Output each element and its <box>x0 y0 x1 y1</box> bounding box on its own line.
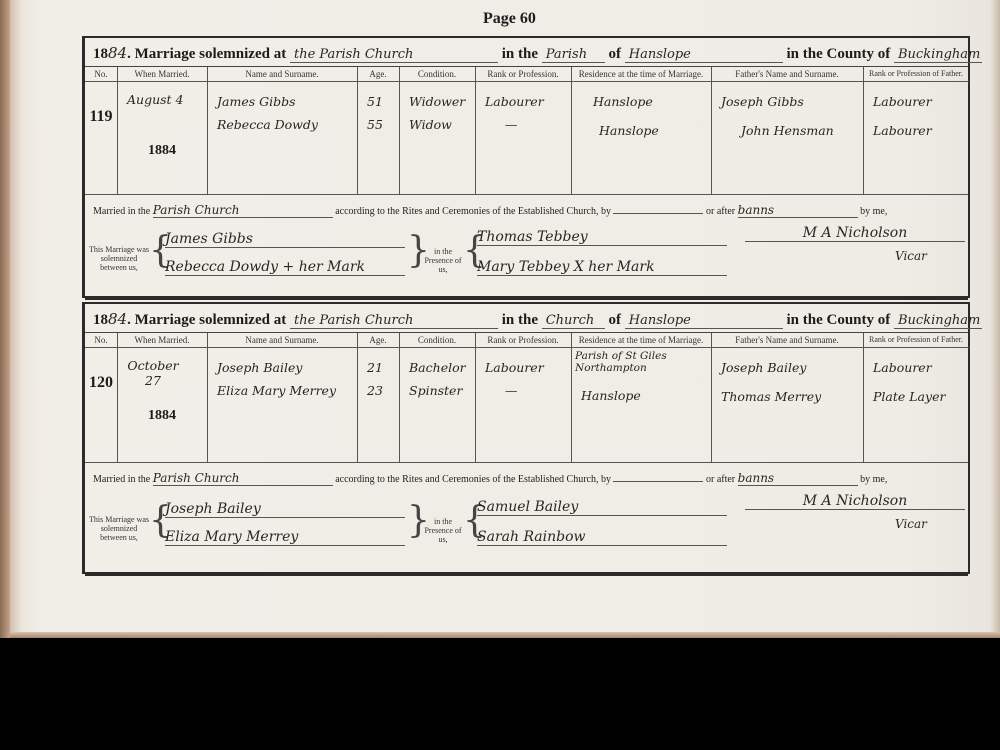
bride-father-rank: Labourer <box>863 123 969 138</box>
col-when: When Married.October 271884 <box>117 333 208 463</box>
groom-age: 21 <box>357 360 399 375</box>
bride-signature: Rebecca Dowdy + her Mark <box>165 259 405 276</box>
groom-signature: James Gibbs <box>165 231 405 248</box>
groom-father: Joseph Gibbs <box>711 94 863 109</box>
col-name: Name and Surname.Joseph BaileyEliza Mary… <box>207 333 358 463</box>
bride-name: Eliza Mary Merrey <box>207 383 357 398</box>
groom-name: James Gibbs <box>207 94 357 109</box>
groom-father: Joseph Bailey <box>711 360 863 375</box>
col-residence: Residence at the time of Marriage.Parish… <box>571 333 712 463</box>
place-value: the Parish Church <box>290 313 498 329</box>
bride-name: Rebecca Dowdy <box>207 117 357 132</box>
col-header: Residence at the time of Marriage. <box>571 333 711 348</box>
entry-header: 1884. Marriage solemnized at the Parish … <box>93 310 982 329</box>
groom-age: 51 <box>357 94 399 109</box>
col-header: Father's Name and Surname. <box>711 67 863 82</box>
groom-name: Joseph Bailey <box>207 360 357 375</box>
entry-table: No.120 When Married.October 271884 Name … <box>85 332 968 463</box>
marriage-entry-119: 1884. Marriage solemnized at the Parish … <box>82 36 970 298</box>
after-value: banns <box>738 203 858 218</box>
groom-rank: Labourer <box>475 360 571 375</box>
entry-border <box>85 573 968 576</box>
groom-father-rank: Labourer <box>863 360 969 375</box>
bride-condition: Spinster <box>399 383 475 398</box>
label-or-after: or after <box>706 206 735 217</box>
county-value: Buckingham <box>894 47 982 63</box>
col-no: No.120 <box>85 333 118 463</box>
label-county: in the County of <box>786 312 890 328</box>
year-prefix: 18 <box>93 46 108 62</box>
col-no: No.119 <box>85 67 118 195</box>
district-value: Hanslope <box>625 47 783 63</box>
district-type-value: Parish <box>542 47 605 63</box>
by-value <box>613 481 703 482</box>
col-father-rank: Rank or Profession of Father.LabourerLab… <box>863 67 969 195</box>
groom-father-rank: Labourer <box>863 94 969 109</box>
col-header: Name and Surname. <box>207 333 357 348</box>
label-in-the: in the <box>502 46 538 62</box>
label-according: according to the Rites and Ceremonies of… <box>335 206 611 217</box>
groom-condition: Widower <box>399 94 475 109</box>
year-value: 1884 <box>117 408 207 424</box>
label-of: of <box>608 46 621 62</box>
col-rank: Rank or Profession.Labourer— <box>475 333 572 463</box>
bride-father: John Hensman <box>711 123 863 138</box>
label-by-me: by me, <box>860 206 887 217</box>
groom-rank: Labourer <box>475 94 571 109</box>
witness-2: Mary Tebbey X her Mark <box>477 259 727 276</box>
district-type-value: Church <box>542 313 605 329</box>
after-value: banns <box>738 471 858 486</box>
label-solemnized: Marriage solemnized at <box>135 312 287 328</box>
col-condition: Condition.WidowerWidow <box>399 67 476 195</box>
label-solemnized: Marriage solemnized at <box>135 46 287 62</box>
label-married-in: Married in the <box>93 474 150 485</box>
label-according: according to the Rites and Ceremonies of… <box>335 474 611 485</box>
groom-signature: Joseph Bailey <box>165 501 405 518</box>
col-header: Rank or Profession of Father. <box>863 67 969 82</box>
bride-residence: Hanslope <box>571 388 711 403</box>
label-or-after: or after <box>706 474 735 485</box>
bride-father: Thomas Merrey <box>711 389 863 404</box>
col-header: Condition. <box>399 67 475 82</box>
col-condition: Condition.BachelorSpinster <box>399 333 476 463</box>
col-rank: Rank or Profession.Labourer— <box>475 67 572 195</box>
married-in-value: Parish Church <box>153 203 333 218</box>
label-this-marriage: This Marriage was solemnized between us, <box>87 245 151 272</box>
officiant-signature: M A Nicholson <box>745 493 965 510</box>
col-father: Father's Name and Surname.Joseph BaileyT… <box>711 333 864 463</box>
groom-condition: Bachelor <box>399 360 475 375</box>
bride-residence: Hanslope <box>571 123 711 138</box>
entry-number: 119 <box>85 108 117 126</box>
col-header: Condition. <box>399 333 475 348</box>
col-header: Rank or Profession of Father. <box>863 333 969 348</box>
year-suffix: 84 <box>108 44 127 62</box>
label-presence: in the Presence of us, <box>421 517 465 544</box>
col-father-rank: Rank or Profession of Father.LabourerPla… <box>863 333 969 463</box>
label-married-in: Married in the <box>93 206 150 217</box>
label-of: of <box>608 312 621 328</box>
col-residence: Residence at the time of Marriage.Hanslo… <box>571 67 712 195</box>
entry-number: 120 <box>85 374 117 392</box>
officiant-title: Vicar <box>895 517 927 531</box>
officiant-signature: M A Nicholson <box>745 225 965 242</box>
col-header: Residence at the time of Marriage. <box>571 67 711 82</box>
col-age: Age.5155 <box>357 67 400 195</box>
label-by-me: by me, <box>860 474 887 485</box>
col-header: Father's Name and Surname. <box>711 333 863 348</box>
col-header: Age. <box>357 333 399 348</box>
witness-1: Samuel Bailey <box>477 499 727 516</box>
col-header: Rank or Profession. <box>475 67 571 82</box>
bride-signature: Eliza Mary Merrey <box>165 529 405 546</box>
col-header: No. <box>85 67 117 82</box>
bride-age: 55 <box>357 117 399 132</box>
col-age: Age.2123 <box>357 333 400 463</box>
entry-footer: Married in the Parish Church according t… <box>85 194 968 299</box>
entry-border <box>85 297 968 300</box>
col-name: Name and Surname.James GibbsRebecca Dowd… <box>207 67 358 195</box>
page-number: Page 60 <box>483 10 536 28</box>
col-when: When Married.August 41884 <box>117 67 208 195</box>
married-in-value: Parish Church <box>153 471 333 486</box>
date-value: October 27 <box>117 358 183 388</box>
bride-age: 23 <box>357 383 399 398</box>
col-header: No. <box>85 333 117 348</box>
label-county: in the County of <box>786 46 890 62</box>
book-binding <box>0 0 10 638</box>
entry-table: No.119 When Married.August 41884 Name an… <box>85 66 968 195</box>
groom-residence: Parish of St Giles Northampton <box>571 350 711 374</box>
year-value: 1884 <box>117 143 207 159</box>
label-presence: in the Presence of us, <box>421 247 465 274</box>
bride-father-rank: Plate Layer <box>863 389 969 404</box>
entry-footer: Married in the Parish Church according t… <box>85 462 968 573</box>
col-header: When Married. <box>117 67 207 82</box>
date-value: August 4 <box>117 92 207 107</box>
label-this-marriage: This Marriage was solemnized between us, <box>87 515 151 542</box>
label-in-the: in the <box>502 312 538 328</box>
col-header: Name and Surname. <box>207 67 357 82</box>
district-value: Hanslope <box>625 313 783 329</box>
year-prefix: 18 <box>93 312 108 328</box>
officiant-title: Vicar <box>895 249 927 263</box>
year-suffix: 84 <box>108 310 127 328</box>
witness-1: Thomas Tebbey <box>477 229 727 246</box>
col-header: Rank or Profession. <box>475 333 571 348</box>
groom-residence: Hanslope <box>571 94 711 109</box>
bride-rank: — <box>475 383 571 398</box>
col-header: When Married. <box>117 333 207 348</box>
bride-rank: — <box>475 117 571 132</box>
bride-condition: Widow <box>399 117 475 132</box>
register-page: Page 60 1884. Marriage solemnized at the… <box>0 0 1000 638</box>
col-header: Age. <box>357 67 399 82</box>
county-value: Buckingham <box>894 313 982 329</box>
place-value: the Parish Church <box>290 47 498 63</box>
marriage-entry-120: 1884. Marriage solemnized at the Parish … <box>82 302 970 574</box>
witness-2: Sarah Rainbow <box>477 529 727 546</box>
by-value <box>613 213 703 214</box>
entry-header: 1884. Marriage solemnized at the Parish … <box>93 44 982 63</box>
col-father: Father's Name and Surname.Joseph GibbsJo… <box>711 67 864 195</box>
